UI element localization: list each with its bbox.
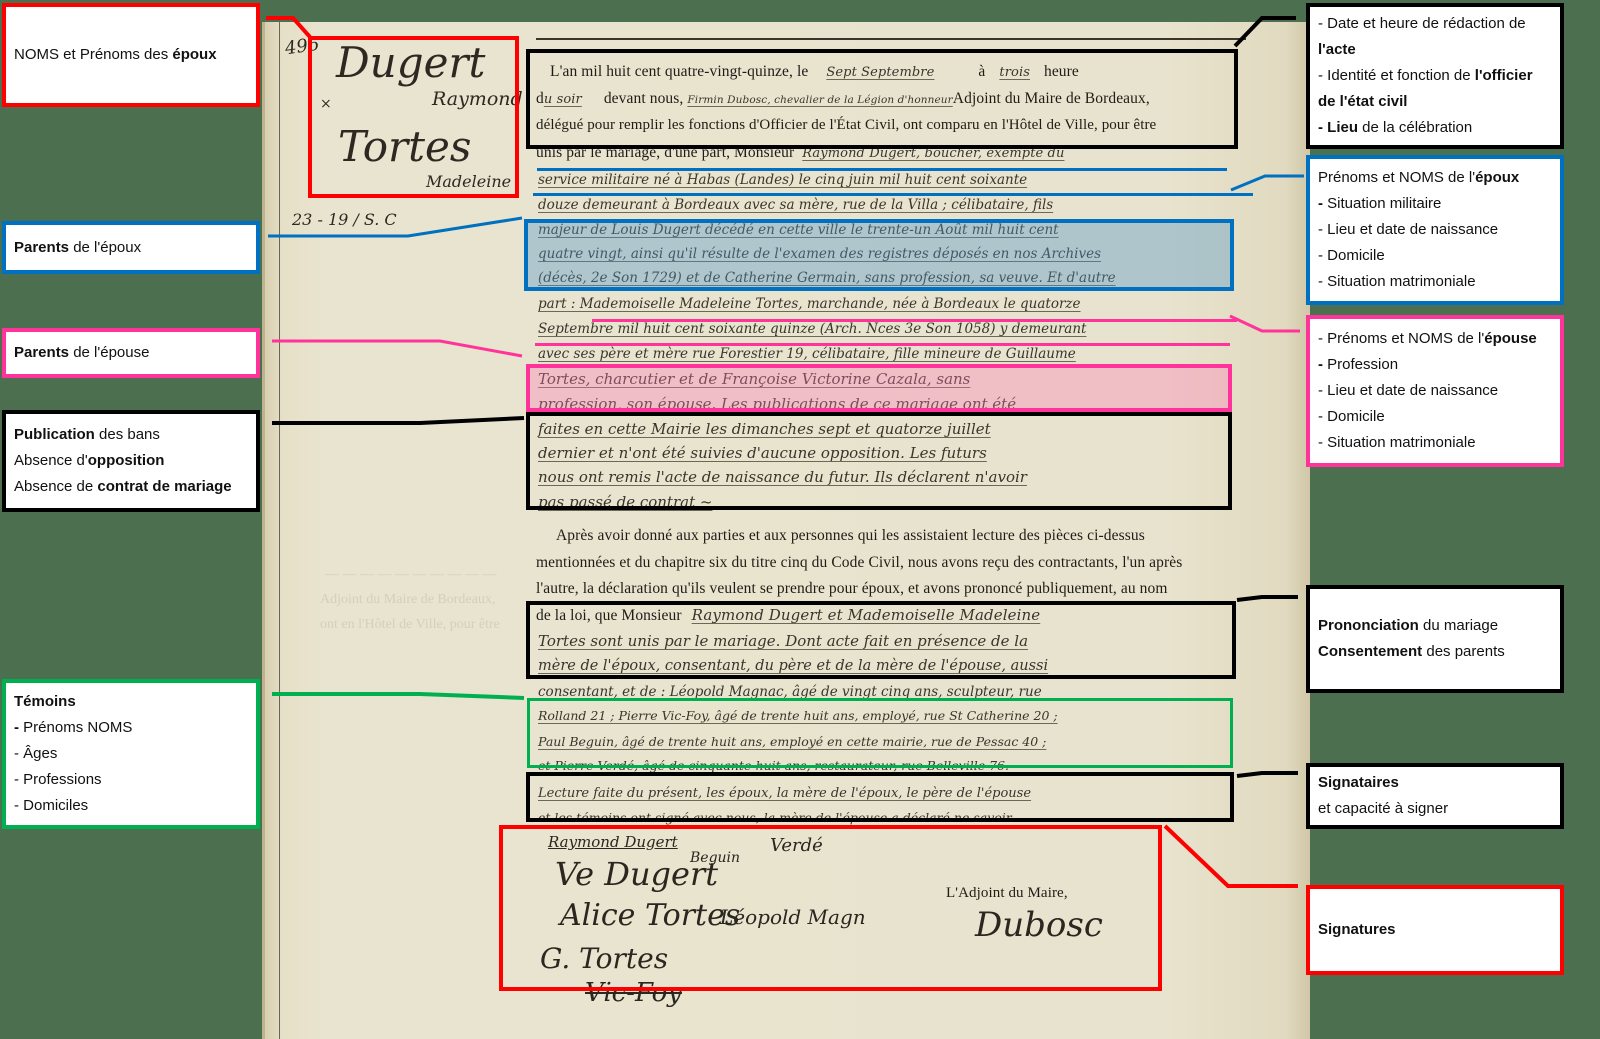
callout-publication: Publication des bansAbsence d'opposition…: [2, 410, 260, 512]
callout-line: Signatures: [1318, 917, 1552, 943]
bleed-through-text: ont en l'Hôtel de Ville, pour être: [320, 617, 500, 633]
callout-line: Consentement des parents: [1318, 639, 1552, 665]
callout-line: - Âges: [14, 741, 248, 767]
callout-line: - Domiciles: [14, 793, 248, 819]
callout-line: - Lieu et date de naissance: [1318, 217, 1552, 243]
callout-line: et capacité à signer: [1318, 796, 1552, 822]
highlight-margin-names: [308, 36, 519, 198]
callout-prononciation: Prononciation du mariageConsentement des…: [1306, 585, 1564, 693]
callout-noms-epoux: NOMS et Prénoms des époux: [2, 3, 260, 107]
highlight-witnesses: [527, 698, 1233, 768]
callout-parents-epouse: Parents de l'épouse: [2, 328, 260, 378]
callout-line: - Identité et fonction de l'officier: [1318, 63, 1552, 89]
callout-line: Publication des bans: [14, 422, 248, 448]
margin-rule: [279, 22, 280, 1039]
callout-parents-epoux: Parents de l'époux: [2, 221, 260, 274]
callout-line: - Domicile: [1318, 404, 1552, 430]
highlight-bride-parents: [526, 364, 1232, 412]
callout-signatures: Signatures: [1306, 885, 1564, 975]
printed-line: Après avoir donné aux parties et aux per…: [556, 527, 1145, 545]
callout-line: Absence d'opposition: [14, 448, 248, 474]
callout-line: Absence de contrat de mariage: [14, 474, 248, 500]
highlight-groom-parents: [524, 219, 1234, 291]
callout-line: - Lieu de la célébration: [1318, 115, 1552, 141]
callout-line: - Lieu et date de naissance: [1318, 378, 1552, 404]
hand-line: service militaire né à Habas (Landes) le…: [538, 172, 1027, 188]
bleed-through-text: — — — — — — — — — —: [325, 567, 497, 583]
callout-line: Prononciation du mariage: [1318, 613, 1552, 639]
callout-epouse-info: - Prénoms et NOMS de l'épouse- Professio…: [1306, 315, 1564, 467]
callout-epoux-info: Prénoms et NOMS de l'époux- Situation mi…: [1306, 155, 1564, 305]
callout-line: de l'état civil: [1318, 89, 1552, 115]
bleed-through-text: Adjoint du Maire de Bordeaux,: [320, 592, 495, 608]
hand-line: douze demeurant à Bordeaux avec sa mère,…: [538, 197, 1053, 213]
callout-line: l'acte: [1318, 37, 1552, 63]
callout-line: - Professions: [14, 767, 248, 793]
underline-groom-1: [537, 168, 1227, 171]
callout-line: Témoins: [14, 689, 248, 715]
callout-line: - Date et heure de rédaction de: [1318, 11, 1552, 37]
underline-groom-2: [533, 193, 1253, 196]
callout-date-officier: - Date et heure de rédaction del'acte- I…: [1306, 3, 1564, 149]
highlight-publication: [526, 412, 1232, 510]
callout-line: Signataires: [1318, 770, 1552, 796]
callout-line: Parents de l'époux: [14, 235, 248, 261]
callout-line: - Situation matrimoniale: [1318, 430, 1552, 456]
hand-line: Septembre mil huit cent soixante quinze …: [538, 321, 1086, 337]
callout-line: - Situation matrimoniale: [1318, 269, 1552, 295]
callout-line: NOMS et Prénoms des époux: [14, 42, 248, 68]
printed-line: l'autre, la déclaration qu'ils veulent s…: [536, 580, 1168, 598]
highlight-signataires: [526, 772, 1234, 822]
hand-line: avec ses père et mère rue Forestier 19, …: [538, 346, 1076, 362]
printed-line: mentionnées et du chapitre six du titre …: [536, 554, 1182, 572]
header-rule: [536, 38, 1246, 40]
highlight-signatures: [499, 825, 1162, 991]
callout-temoins: Témoins- Prénoms NOMS- Âges- Professions…: [2, 679, 260, 829]
highlight-prononciation: [526, 601, 1236, 679]
hand-line: part : Mademoiselle Madeleine Tortes, ma…: [538, 296, 1081, 312]
underline-bride-1: [592, 319, 1237, 322]
underline-bride-2: [535, 343, 1230, 346]
callout-line: Parents de l'épouse: [14, 340, 248, 366]
callout-line: - Domicile: [1318, 243, 1552, 269]
callout-line: - Situation militaire: [1318, 191, 1552, 217]
callout-line: - Prénoms NOMS: [14, 715, 248, 741]
callout-line: - Prénoms et NOMS de l'épouse: [1318, 326, 1552, 352]
callout-line: - Profession: [1318, 352, 1552, 378]
callout-line: Prénoms et NOMS de l'époux: [1318, 165, 1552, 191]
margin-note: 23 - 19 / S. C: [292, 210, 397, 229]
highlight-date-officer: [526, 49, 1238, 149]
callout-signataires: Signataireset capacité à signer: [1306, 763, 1564, 829]
